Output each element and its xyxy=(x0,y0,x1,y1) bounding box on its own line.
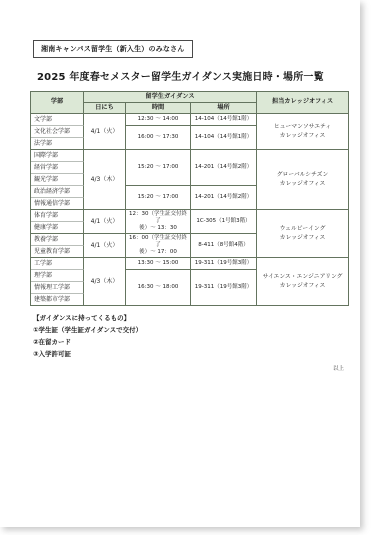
date-cell: 4/3（木） xyxy=(84,258,126,306)
date-cell: 4/3（木） xyxy=(84,150,126,210)
faculty-cell: 教養学部 xyxy=(31,234,84,246)
place-cell: 1C-305（1号館3階） xyxy=(191,210,257,234)
faculty-cell: 観光学部 xyxy=(31,174,84,186)
faculty-cell: 政治経済学部 xyxy=(31,186,84,198)
office-cell: グローバルシチズン カレッジオフィス xyxy=(257,150,349,210)
page-title: 2025 年度春セメスター留学生ガイダンス実施日時・場所一覧 xyxy=(37,68,360,83)
office-cell: サイエンス・エンジニアリング カレッジオフィス xyxy=(257,258,349,306)
header-office: 担当カレッジオフィス xyxy=(257,92,349,114)
table-row: 文学部 4/1（火） 12:30 ～ 14:00 14-104（14号館1階） … xyxy=(31,114,349,126)
closing-text: 以上 xyxy=(30,364,344,372)
faculty-cell: 国際学部 xyxy=(31,150,84,162)
document-page: 湘南キャンパス留学生（新入生）のみなさん 2025 年度春セメスター留学生ガイダ… xyxy=(0,0,360,527)
table-row: 国際学部 4/3（木） 15:20 ～ 17:00 14-201（14号館2階）… xyxy=(31,150,349,162)
notes-item: ③入学許可証 xyxy=(33,349,360,358)
place-cell: 14-104（14号館1階） xyxy=(191,126,257,150)
time-cell: 13:30 ～ 15:00 xyxy=(126,258,191,270)
header-faculty: 学部 xyxy=(31,92,84,114)
faculty-cell: 建築都市学部 xyxy=(31,294,84,306)
place-cell: 14-104（14号館1階） xyxy=(191,114,257,126)
header-place: 場所 xyxy=(191,103,257,114)
time-cell: 16:30 ～ 18:00 xyxy=(126,270,191,306)
faculty-cell: 文化社会学部 xyxy=(31,126,84,138)
place-cell: 19-311（19号館3階） xyxy=(191,270,257,306)
guidance-schedule-table: 学部 留学生ガイダンス 担当カレッジオフィス 日にち 時間 場所 文学部 4/1… xyxy=(30,91,349,306)
place-cell: 14-201（14号館2階） xyxy=(191,150,257,186)
time-cell: 15:20 ～ 17:00 xyxy=(126,186,191,210)
notes-item: ①学生証（学生証ガイダンスで交付） xyxy=(33,325,360,334)
office-cell: ウェルビーイング カレッジオフィス xyxy=(257,210,349,258)
time-cell: 16:00 ～ 17:30 xyxy=(126,126,191,150)
date-cell: 4/1（火） xyxy=(84,210,126,234)
faculty-cell: 法学部 xyxy=(31,138,84,150)
header-guidance: 留学生ガイダンス xyxy=(84,92,257,103)
place-cell: 8-411（8号館4階） xyxy=(191,234,257,258)
office-cell: ヒューマンソサエティ カレッジオフィス xyxy=(257,114,349,150)
time-cell: 15:20 ～ 17:00 xyxy=(126,150,191,186)
faculty-cell: 児童教育学部 xyxy=(31,246,84,258)
time-cell: 12:30 ～ 14:00 xyxy=(126,114,191,126)
table-row: 体育学部 4/1（火） 12：30（学生証交付終了 後）～ 13：30 1C-3… xyxy=(31,210,349,222)
faculty-cell: 情報通信学部 xyxy=(31,198,84,210)
faculty-cell: 情報理工学部 xyxy=(31,282,84,294)
notes-item: ②在留カード xyxy=(33,337,360,346)
bring-items-notes: 【ガイダンスに持ってくるもの】 ①学生証（学生証ガイダンスで交付） ②在留カード… xyxy=(33,313,360,358)
place-cell: 14-201（14号館2階） xyxy=(191,186,257,210)
notes-heading: 【ガイダンスに持ってくるもの】 xyxy=(33,313,360,322)
faculty-cell: 経営学部 xyxy=(31,162,84,174)
date-cell: 4/1（火） xyxy=(84,114,126,150)
date-cell: 4/1（火） xyxy=(84,234,126,258)
header-time: 時間 xyxy=(126,103,191,114)
audience-banner: 湘南キャンパス留学生（新入生）のみなさん xyxy=(33,40,193,58)
table-row: 工学部 4/3（木） 13:30 ～ 15:00 19-311（19号館3階） … xyxy=(31,258,349,270)
place-cell: 19-311（19号館3階） xyxy=(191,258,257,270)
faculty-cell: 理学部 xyxy=(31,270,84,282)
faculty-cell: 健康学部 xyxy=(31,222,84,234)
time-cell: 16：00（学生証交付終了 後）～ 17：00 xyxy=(126,234,191,258)
faculty-cell: 体育学部 xyxy=(31,210,84,222)
header-date: 日にち xyxy=(84,103,126,114)
faculty-cell: 文学部 xyxy=(31,114,84,126)
faculty-cell: 工学部 xyxy=(31,258,84,270)
time-cell: 12：30（学生証交付終了 後）～ 13：30 xyxy=(126,210,191,234)
